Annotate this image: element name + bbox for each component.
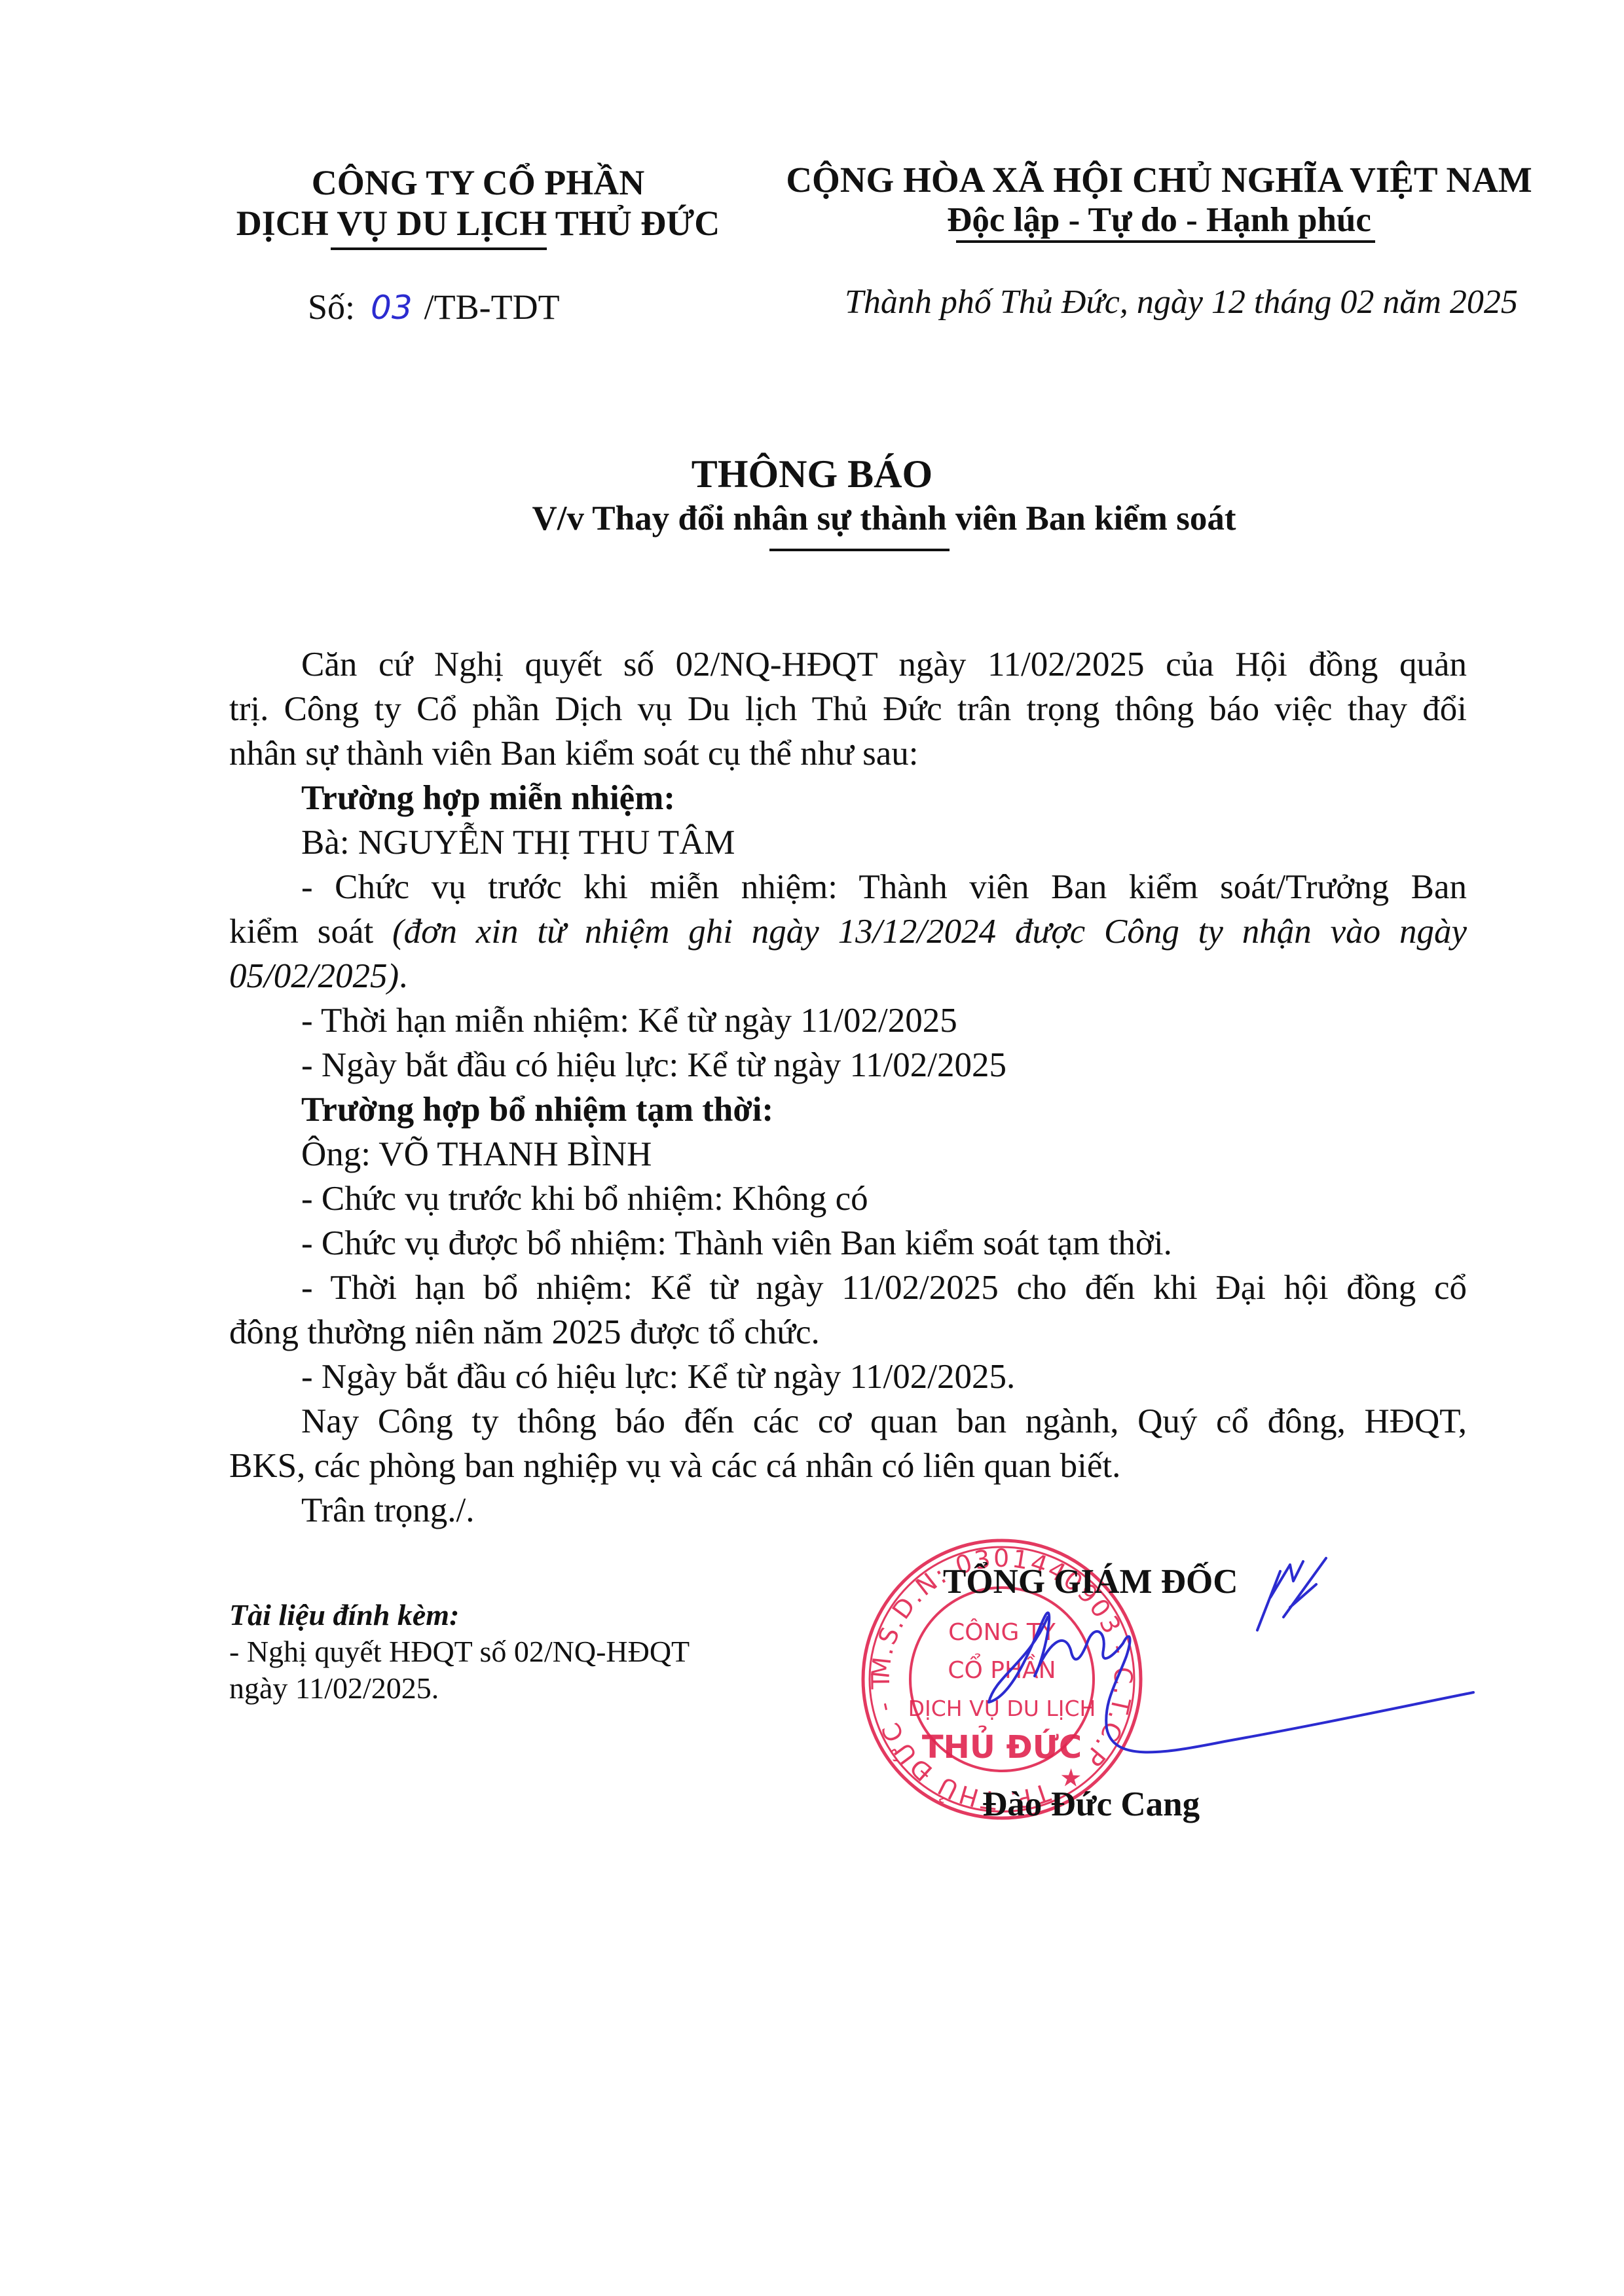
attachment-item-line-2: ngày 11/02/2025. bbox=[229, 1671, 439, 1705]
dismissal-term: - Thời hạn miễn nhiệm: Kể từ ngày 11/02/… bbox=[301, 1001, 957, 1040]
company-name-line-2: DỊCH VỤ DU LỊCH THỦ ĐỨC bbox=[196, 203, 760, 244]
appointment-new-position: - Chức vụ được bổ nhiệm: Thành viên Ban … bbox=[301, 1224, 1172, 1263]
appointment-person: Ông: VÕ THANH BÌNH bbox=[301, 1135, 652, 1174]
resignation-note-date: 05/02/2025) bbox=[229, 957, 399, 995]
dismissal-prev-position-line-2: kiểm soát (đơn xin từ nhiệm ghi ngày 13/… bbox=[229, 912, 1467, 951]
document-title: THÔNG BÁO bbox=[0, 452, 1624, 497]
nation-motto: Độc lập - Tự do - Hạnh phúc bbox=[766, 200, 1552, 240]
handwritten-signature bbox=[950, 1545, 1486, 1794]
dismissal-prev-position-line-1: - Chức vụ trước khi miễn nhiệm: Thành vi… bbox=[301, 867, 1467, 907]
appointment-heading: Trường hợp bổ nhiệm tạm thời: bbox=[301, 1090, 773, 1129]
intro-paragraph-line-2: trị. Công ty Cổ phần Dịch vụ Du lịch Thủ… bbox=[229, 689, 1467, 729]
subject-underline-divider bbox=[769, 549, 950, 551]
intro-paragraph-line-3: nhân sự thành viên Ban kiểm soát cụ thể … bbox=[229, 734, 918, 773]
doc-number-label: Số: bbox=[308, 287, 355, 327]
document-number: Số:03/TB-TDT bbox=[308, 287, 560, 327]
attachments-title: Tài liệu đính kèm: bbox=[229, 1597, 459, 1632]
appointment-term-line-2: đông thường niên năm 2025 được tổ chức. bbox=[229, 1313, 820, 1352]
appointment-prev-position: - Chức vụ trước khi bổ nhiệm: Không có bbox=[301, 1179, 868, 1218]
document-subject: V/v Thay đổi nhân sự thành viên Ban kiểm… bbox=[458, 499, 1310, 538]
sentence-period: . bbox=[399, 957, 407, 995]
regards: Trân trọng./. bbox=[301, 1491, 475, 1530]
nation-title: CỘNG HÒA XÃ HỘI CHỦ NGHĨA VIỆT NAM bbox=[766, 159, 1552, 200]
place-and-date: Thành phố Thủ Đức, ngày 12 tháng 02 năm … bbox=[845, 283, 1518, 321]
dismissal-effective-date: - Ngày bắt đầu có hiệu lực: Kể từ ngày 1… bbox=[301, 1046, 1006, 1085]
attachment-item-line-1: - Nghị quyết HĐQT số 02/NQ-HĐQT bbox=[229, 1634, 690, 1669]
closing-line-2: BKS, các phòng ban nghiệp vụ và các cá n… bbox=[229, 1446, 1120, 1485]
doc-number-handwritten: 03 bbox=[371, 289, 413, 327]
motto-underline-divider bbox=[956, 240, 1375, 243]
appointment-effective-date: - Ngày bắt đầu có hiệu lực: Kể từ ngày 1… bbox=[301, 1357, 1015, 1396]
company-name-line-1: CÔNG TY CỔ PHẦN bbox=[196, 162, 760, 203]
company-underline-divider bbox=[331, 247, 547, 250]
dismissal-prev-position-text: kiểm soát bbox=[229, 913, 392, 951]
dismissal-heading: Trường hợp miễn nhiệm: bbox=[301, 778, 675, 818]
dismissal-prev-position-line-3: 05/02/2025). bbox=[229, 957, 407, 996]
appointment-term-line-1: - Thời hạn bổ nhiệm: Kể từ ngày 11/02/20… bbox=[301, 1268, 1467, 1307]
closing-line-1: Nay Công ty thông báo đến các cơ quan ba… bbox=[301, 1402, 1467, 1441]
resignation-note: (đơn xin từ nhiệm ghi ngày 13/12/2024 đư… bbox=[392, 913, 1467, 951]
dismissal-person: Bà: NGUYỄN THỊ THU TÂM bbox=[301, 823, 735, 862]
intro-paragraph-line-1: Căn cứ Nghị quyết số 02/NQ-HĐQT ngày 11/… bbox=[301, 645, 1467, 684]
doc-number-suffix: /TB-TDT bbox=[424, 287, 560, 327]
